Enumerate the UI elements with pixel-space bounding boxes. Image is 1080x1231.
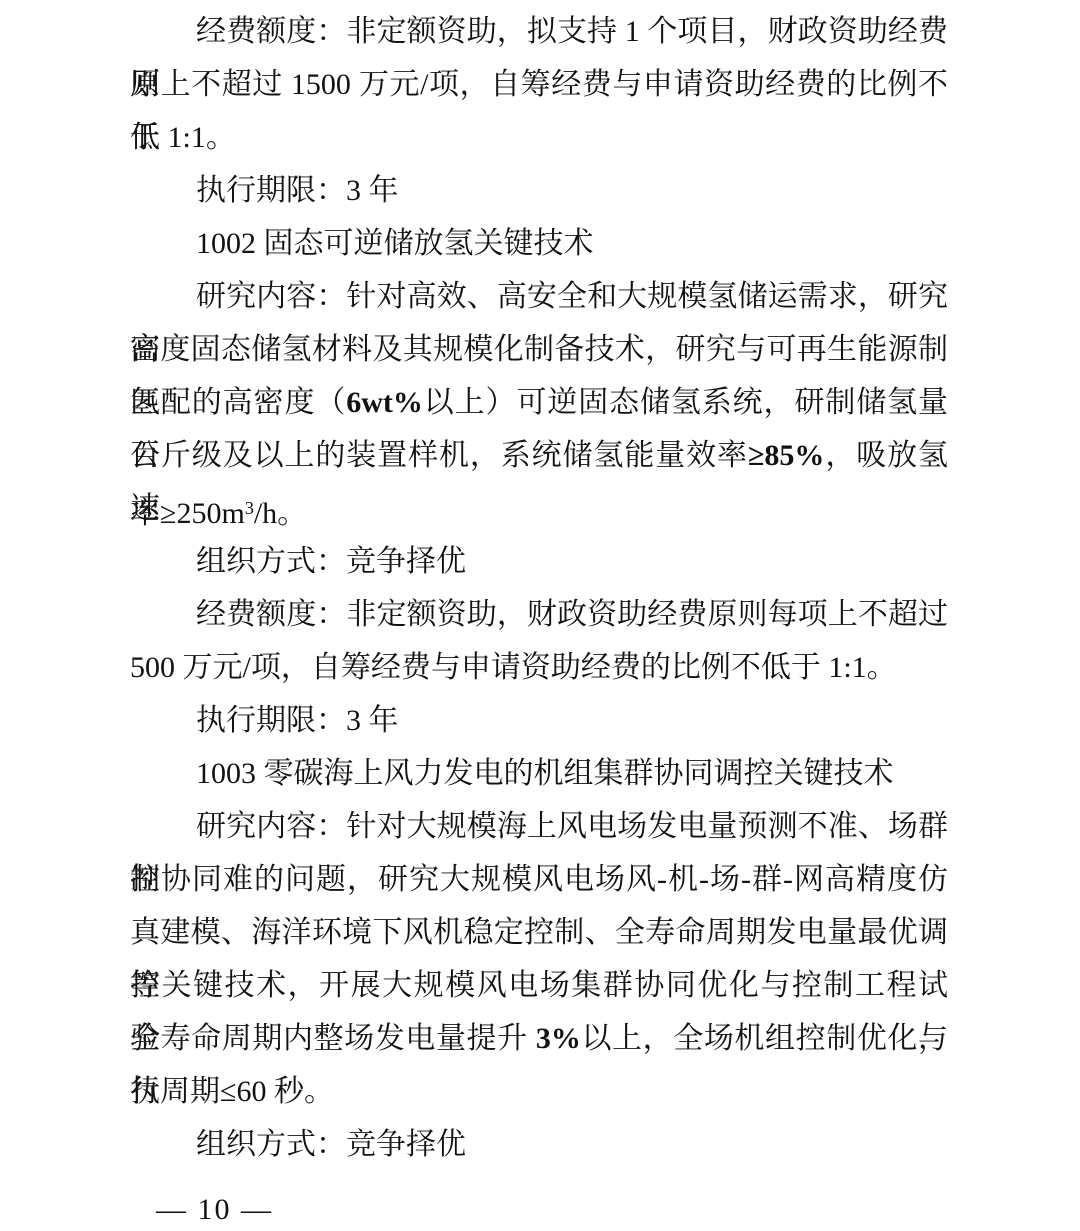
text-segment: 公斤级及以上的装置样机，系统储氢能量效率 (130, 439, 748, 472)
text-segment: 500 万元/项，自筹经费与申请资助经费的比例不低于 1:1。 (130, 651, 897, 684)
text-segment: 执行期限：3 年 (196, 174, 399, 207)
text-segment: 率≥250m (130, 497, 245, 530)
text-block: 经费额度：非定额资助，拟支持 1 个项目，财政资助经费原则上不超过 1500 万… (130, 5, 948, 1171)
line-1003-research-5: 全寿命周期内整场发电量提升 3%以上，全场机组控制优化与执 (130, 1012, 948, 1065)
text-segment: 全寿命周期内整场发电量提升 (130, 1022, 536, 1055)
text-segment: /h。 (254, 497, 307, 530)
text-segment: 于 1:1。 (130, 121, 236, 154)
line-1003-research-2: 制协同难的问题，研究大规模风电场风-机-场-群-网高精度仿 (130, 853, 948, 906)
text-segment: 制协同难的问题，研究大规模风电场风-机-场-群-网高精度仿 (130, 863, 948, 896)
line-1001-funding-2: 则上不超过 1500 万元/项，自筹经费与申请资助经费的比例不低 (130, 58, 948, 111)
page-footer: — 10 — (156, 1192, 273, 1228)
text-segment: 行周期≤60 秒。 (130, 1075, 334, 1108)
line-1003-research-3: 真建模、海洋环境下风机稳定控制、全寿命周期发电量最优调控 (130, 906, 948, 959)
text-segment: 执行期限：3 年 (196, 704, 399, 737)
line-1002-funding-2: 500 万元/项，自筹经费与申请资助经费的比例不低于 1:1。 (130, 641, 948, 694)
text-segment: 3 (245, 498, 254, 518)
line-1003-organization: 组织方式：竞争择优 (130, 1118, 948, 1171)
line-1003-research-4: 等关键技术，开展大规模风电场集群协同优化与控制工程试验， (130, 959, 948, 1012)
line-1002-organization: 组织方式：竞争择优 (130, 535, 948, 588)
line-1002-research-1: 研究内容：针对高效、高安全和大规模氢储运需求，研究高 (130, 270, 948, 323)
line-1002-research-4: 公斤级及以上的装置样机，系统储氢能量效率≥85%，吸放氢速 (130, 429, 948, 482)
heading-1002: 1002 固态可逆储放氢关键技术 (130, 217, 948, 270)
line-1001-funding-1: 经费额度：非定额资助，拟支持 1 个项目，财政资助经费原 (130, 5, 948, 58)
line-1003-research-6: 行周期≤60 秒。 (130, 1065, 948, 1118)
line-1002-research-3: 匹配的高密度（6wt%以上）可逆固态储氢系统，研制储氢量百 (130, 376, 948, 429)
line-1002-period: 执行期限：3 年 (130, 694, 948, 747)
text-segment: 3% (536, 1022, 581, 1055)
text-segment: 经费额度：非定额资助，财政资助经费原则每项上不超过 (196, 598, 948, 631)
line-1001-funding-3: 于 1:1。 (130, 111, 948, 164)
line-1002-research-5: 率≥250m3/h。 (130, 482, 948, 535)
text-segment: 6wt% (346, 386, 423, 419)
text-segment: 组织方式：竞争择优 (196, 545, 466, 578)
heading-1003: 1003 零碳海上风力发电的机组集群协同调控关键技术 (130, 747, 948, 800)
text-segment: 匹配的高密度（ (130, 386, 346, 419)
text-segment: 组织方式：竞争择优 (196, 1128, 466, 1161)
text-segment: ≥85% (748, 439, 824, 472)
document-page: 经费额度：非定额资助，拟支持 1 个项目，财政资助经费原则上不超过 1500 万… (0, 0, 1080, 1231)
line-1002-research-2: 密度固态储氢材料及其规模化制备技术，研究与可再生能源制氢 (130, 323, 948, 376)
page-number: — 10 — (156, 1193, 273, 1226)
line-1003-research-1: 研究内容：针对大规模海上风电场发电量预测不准、场群控 (130, 800, 948, 853)
text-segment: 1003 零碳海上风力发电的机组集群协同调控关键技术 (196, 757, 894, 790)
text-segment: 1002 固态可逆储放氢关键技术 (196, 227, 594, 260)
line-1001-period: 执行期限：3 年 (130, 164, 948, 217)
line-1002-funding-1: 经费额度：非定额资助，财政资助经费原则每项上不超过 (130, 588, 948, 641)
